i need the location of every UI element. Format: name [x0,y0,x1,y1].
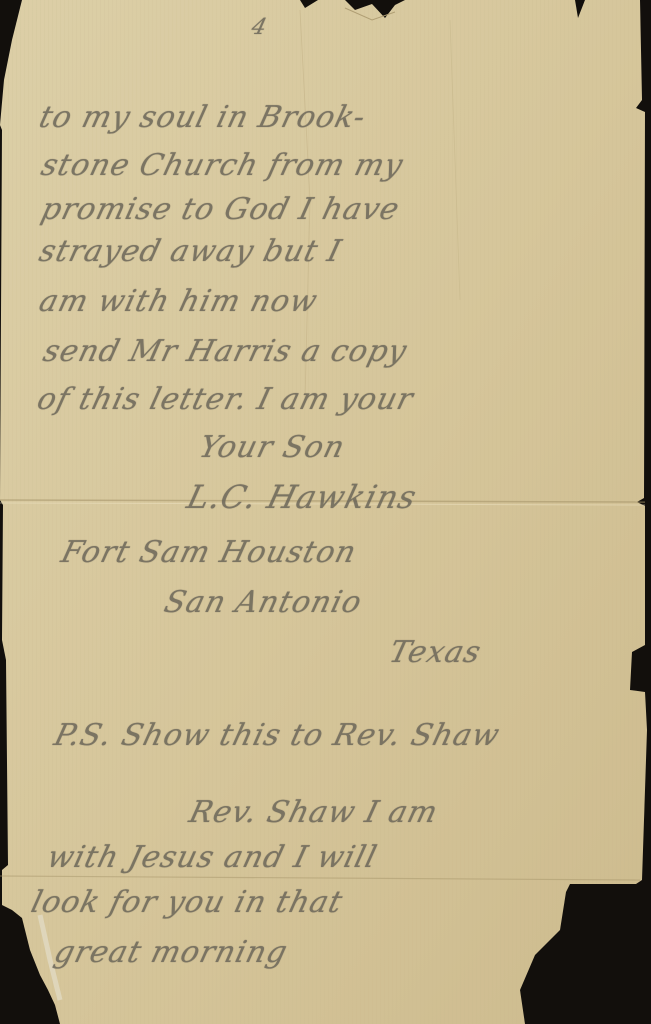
postscript-heading: P.S. Show this to Rev. Shaw [51,718,504,753]
address-line: Texas [386,635,485,670]
address-line: San Antonio [161,585,366,620]
postscript-line: with Jesus and I will [44,840,381,875]
postscript-line: look for you in that [28,885,347,920]
letter-sheet: 4 to my soul in Brook- stone Church from… [0,0,651,1024]
body-line: am with him now [36,284,322,319]
postscript-line: great morning [51,935,292,970]
body-line: promise to God I have [38,192,404,227]
closing-line: Your Son [196,430,349,465]
body-line: send Mr Harris a copy [40,334,411,369]
body-line: of this letter. I am your [34,382,418,417]
postscript-line: Rev. Shaw I am [186,795,442,830]
body-line: stone Church from my [38,148,407,183]
address-line: Fort Sam Houston [58,535,361,570]
signature: L.C. Hawkins [183,478,421,516]
body-line: to my soul in Brook- [36,100,370,135]
body-line: strayed away but I [36,234,346,269]
